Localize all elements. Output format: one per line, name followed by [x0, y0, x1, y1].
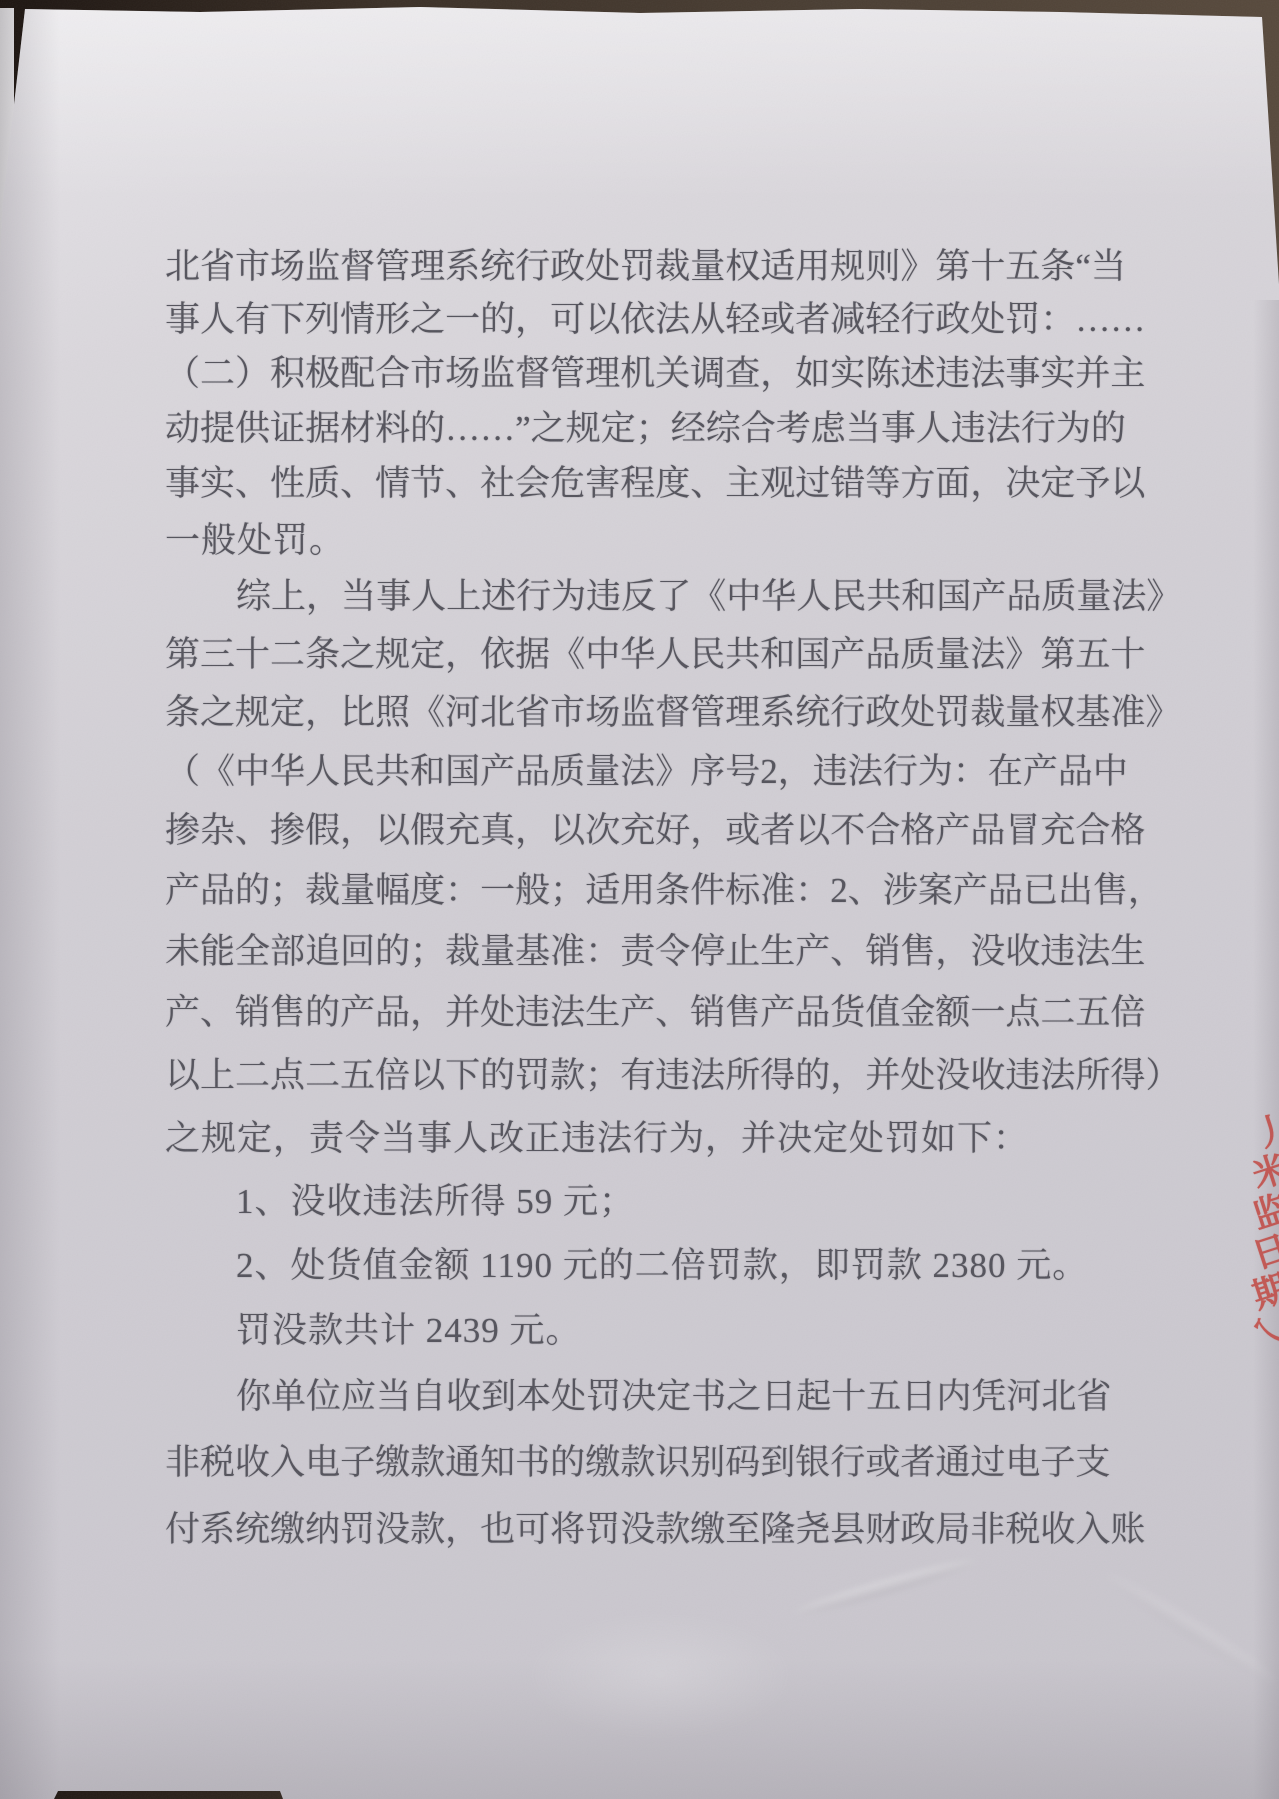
glyph: 产 [971, 569, 1006, 625]
glyph: 支 [1075, 1435, 1110, 1491]
glyph: 条 [1040, 239, 1075, 295]
glyph: 错 [830, 456, 865, 512]
glyph: 能 [200, 924, 235, 980]
glyph: 产 [830, 627, 865, 683]
glyph: 以 [585, 292, 620, 348]
glyph: 没 [935, 1048, 970, 1104]
glyph: 调 [690, 346, 725, 402]
glyph: 停 [690, 924, 725, 980]
glyph: 法 [1040, 1048, 1075, 1104]
glyph: ， [830, 1048, 865, 1104]
glyph: 关 [655, 346, 690, 402]
glyph: 产 [953, 863, 988, 919]
glyph: 合 [1075, 803, 1110, 859]
glyph: 市 [235, 239, 270, 295]
glyph: 不 [830, 803, 865, 859]
glyph: 会 [515, 456, 550, 512]
glyph: 法 [655, 292, 690, 348]
glyph: 质 [1041, 569, 1076, 625]
glyph: 行 [830, 685, 865, 741]
glyph: 的 [480, 292, 515, 348]
document-line: 第三十二条之规定，依据《中华人民共和国产品质量法》第五十 [165, 627, 1110, 683]
glyph: 罚 [620, 239, 655, 295]
glyph: 的 [375, 924, 410, 980]
glyph: ） [235, 346, 270, 402]
glyph: 人 [655, 627, 690, 683]
glyph: 国 [795, 627, 830, 683]
glyph: 收 [1040, 1502, 1075, 1558]
glyph: 管 [690, 685, 725, 741]
glyph: 裁 [655, 239, 690, 295]
glyph: 定 [656, 1369, 691, 1425]
glyph: 权 [1040, 685, 1075, 741]
glyph: 统 [795, 685, 830, 741]
glyph: 涉 [883, 863, 918, 919]
glyph: 质 [550, 744, 585, 800]
glyph: 未 [165, 924, 200, 980]
glyph: 述 [481, 569, 516, 625]
glyph: 华 [270, 744, 305, 800]
glyph: 动 [165, 401, 200, 457]
photo-of-document: 北省市场监督管理系统行政处罚裁量权适用规则》第十五条“当事人有下列情形之一的，可… [0, 0, 1279, 1799]
glyph: 共 [866, 569, 901, 625]
glyph: 将 [550, 1502, 585, 1558]
glyph: 纳 [305, 1502, 340, 1558]
glyph: 标 [725, 863, 760, 919]
glyph: 品 [200, 863, 235, 919]
document-line: 综上，当事人上述行为违反了《中华人民共和国产品质量法》 [165, 569, 1110, 625]
glyph: 为 [918, 744, 953, 800]
glyph: 料 [375, 401, 410, 457]
glyph: 定 [270, 685, 305, 741]
glyph: 予 [1075, 456, 1110, 512]
glyph: 品 [375, 985, 410, 1041]
glyph: 度 [655, 456, 690, 512]
glyph: 产 [795, 924, 830, 980]
glyph: 子 [1040, 1435, 1075, 1491]
glyph: 量 [690, 239, 725, 295]
glyph: 、 [445, 456, 480, 512]
glyph: ： [953, 744, 988, 800]
glyph: 国 [445, 744, 480, 800]
glyph: 内 [936, 1369, 971, 1425]
glyph: 冒 [1005, 803, 1040, 859]
document-line: （《中华人民共和国产品质量法》序号2，违法行为：在产品中 [165, 744, 1110, 800]
glyph: 额 [935, 985, 970, 1041]
glyph: 幅 [375, 863, 410, 919]
glyph: 质 [305, 456, 340, 512]
glyph: 点 [270, 1048, 305, 1104]
glyph: 法 [1075, 924, 1110, 980]
glyph: 的 [795, 1048, 830, 1104]
glyph: 子 [340, 1435, 375, 1491]
glyph: 别 [690, 1435, 725, 1491]
glyph: 的 [550, 1435, 585, 1491]
glyph: 事 [165, 456, 200, 512]
document-line: 之规定，责令当事人改正违法行为，并决定处罚如下： [165, 1111, 1110, 1167]
glyph: 节 [410, 456, 445, 512]
glyph: 2 [830, 863, 848, 919]
glyph: 事 [165, 292, 200, 348]
glyph: 罚 [585, 1502, 620, 1558]
glyph: 为 [551, 569, 586, 625]
glyph: 适 [760, 239, 795, 295]
glyph: 理 [410, 239, 445, 295]
paper-shadow-left [0, 0, 60, 1799]
glyph: 充 [445, 803, 480, 859]
glyph: 全 [235, 924, 270, 980]
glyph: 定 [1040, 456, 1075, 512]
glyph: ， [935, 924, 970, 980]
glyph: 上 [271, 569, 306, 625]
glyph: 第 [165, 627, 200, 683]
glyph: 五 [1005, 239, 1040, 295]
glyph: 准 [760, 863, 795, 919]
glyph: 日 [761, 1369, 796, 1425]
glyph: 违 [1005, 1048, 1040, 1104]
glyph: 条 [655, 863, 690, 919]
glyph: 真 [480, 803, 515, 859]
glyph: 得 [760, 1048, 795, 1104]
glyph: 知 [480, 1435, 515, 1491]
glyph: 违 [1040, 924, 1075, 980]
glyph: 提 [200, 401, 235, 457]
glyph: 观 [760, 456, 795, 512]
glyph: 货 [830, 985, 865, 1041]
glyph: ： [585, 924, 620, 980]
glyph: 处 [551, 1369, 586, 1425]
glyph: 款 [410, 1435, 445, 1491]
glyph: 行 [900, 292, 935, 348]
glyph: ， [760, 346, 795, 402]
glyph: 的 [1091, 401, 1126, 457]
glyph: 监 [305, 239, 340, 295]
glyph: ： [1040, 292, 1075, 348]
glyph: 财 [865, 1502, 900, 1558]
glyph: 法 [1111, 569, 1146, 625]
glyph: 量 [1076, 569, 1111, 625]
glyph: ， [515, 803, 550, 859]
glyph: ， [410, 985, 445, 1041]
glyph: 减 [830, 292, 865, 348]
glyph: 人 [305, 744, 340, 800]
glyph: 之 [200, 685, 235, 741]
glyph: 用 [620, 863, 655, 919]
paper-page: 北省市场监督管理系统行政处罚裁量权适用规则》第十五条“当事人有下列情形之一的，可… [0, 0, 1279, 1799]
glyph: 事 [881, 401, 916, 457]
glyph: 列 [305, 292, 340, 348]
glyph: 三 [200, 627, 235, 683]
glyph: 处 [480, 985, 515, 1041]
glyph: 二 [305, 1048, 340, 1104]
document-body-text: 北省市场监督管理系统行政处罚裁量权适用规则》第十五条“当事人有下列情形之一的，可… [165, 0, 1110, 1799]
glyph: 五 [340, 1048, 375, 1104]
glyph: 量 [935, 627, 970, 683]
glyph: 处 [900, 1048, 935, 1104]
glyph: 行 [883, 744, 918, 800]
glyph: 号 [725, 744, 760, 800]
glyph: 》 [1145, 685, 1180, 741]
glyph: 令 [655, 924, 690, 980]
glyph: 掺 [270, 803, 305, 859]
glyph: 监 [480, 346, 515, 402]
glyph: 考 [776, 401, 811, 457]
glyph: 值 [865, 985, 900, 1041]
glyph: 2 [760, 744, 778, 800]
glyph: 生 [1110, 924, 1145, 980]
glyph: 的 [235, 863, 270, 919]
glyph: 定 [601, 401, 636, 457]
glyph: 主 [725, 456, 760, 512]
glyph: 尧 [795, 1502, 830, 1558]
glyph: 品 [1058, 744, 1093, 800]
glyph: 政 [935, 292, 970, 348]
glyph: 销 [690, 985, 725, 1041]
glyph: 次 [585, 803, 620, 859]
glyph: 虑 [811, 401, 846, 457]
glyph: 一 [480, 863, 515, 919]
glyph: 准 [550, 924, 585, 980]
glyph: 充 [1040, 803, 1075, 859]
glyph: 量 [340, 863, 375, 919]
glyph: 产 [165, 985, 200, 1041]
glyph: 缴 [375, 1435, 410, 1491]
glyph: 之 [410, 292, 445, 348]
glyph: 好 [655, 803, 690, 859]
glyph: 省 [200, 239, 235, 295]
glyph: 裁 [305, 863, 340, 919]
glyph: 一 [970, 985, 1005, 1041]
glyph: 违 [586, 569, 621, 625]
glyph: 或 [760, 292, 795, 348]
glyph: 河 [1006, 1369, 1041, 1425]
document-line: 条之规定，比照《河北省市场监督管理系统行政处罚裁量权基准》 [165, 685, 1110, 741]
glyph: ， [305, 685, 340, 741]
glyph: 账 [1110, 1502, 1145, 1558]
glyph: 性 [270, 456, 305, 512]
glyph: 产 [935, 803, 970, 859]
glyph: ” [515, 401, 531, 457]
glyph: 的 [480, 1048, 515, 1104]
glyph: ； [410, 924, 445, 980]
glyph: 轻 [865, 292, 900, 348]
glyph: 售 [270, 985, 305, 1041]
glyph: 件 [690, 863, 725, 919]
glyph: 配 [340, 346, 375, 402]
document-line: 掺杂、掺假，以假充真，以次充好，或者以不合格产品冒充合格 [165, 803, 1110, 859]
glyph: 书 [515, 1435, 550, 1491]
glyph: 程 [620, 456, 655, 512]
glyph: 场 [445, 346, 480, 402]
glyph: 以 [165, 1048, 200, 1104]
glyph: 隆 [760, 1502, 795, 1558]
document-line: 事人有下列情形之一的，可以依法从轻或者减轻行政处罚：…… [165, 292, 1110, 348]
glyph: 和 [410, 744, 445, 800]
glyph: 收 [235, 1435, 270, 1491]
glyph: 基 [1075, 685, 1110, 741]
document-line: 非税收入电子缴款通知书的缴款识别码到银行或者通过电子支 [165, 1435, 1110, 1491]
glyph: 督 [515, 346, 550, 402]
glyph: 者 [900, 1435, 935, 1491]
glyph: 省 [515, 685, 550, 741]
glyph: 、 [340, 456, 375, 512]
glyph: 据 [305, 401, 340, 457]
glyph: 中 [585, 627, 620, 683]
document-line: 你单位应当自收到本处罚决定书之日起十五日内凭河北省 [165, 1369, 1110, 1425]
document-line: 产、销售的产品，并处违法生产、销售产品货值金额一点二五倍 [165, 985, 1110, 1041]
glyph: 量 [1005, 685, 1040, 741]
glyph: 证 [270, 401, 305, 457]
glyph: 有 [620, 1048, 655, 1104]
glyph: 书 [691, 1369, 726, 1425]
glyph: 非 [970, 1502, 1005, 1558]
glyph: 行 [516, 569, 551, 625]
glyph: 北 [165, 239, 200, 295]
glyph: 并 [865, 1048, 900, 1104]
glyph: 违 [935, 346, 970, 402]
glyph: 条 [165, 685, 200, 741]
glyph: 国 [936, 569, 971, 625]
glyph: 出 [1058, 863, 1093, 919]
glyph: 方 [900, 456, 935, 512]
glyph: 本 [516, 1369, 551, 1425]
glyph: 以 [410, 1048, 445, 1104]
glyph: 害 [585, 456, 620, 512]
glyph: 并 [445, 985, 480, 1041]
glyph: 如 [795, 346, 830, 402]
glyph: … [1075, 292, 1110, 348]
glyph: 格 [1110, 803, 1145, 859]
glyph: 下 [270, 292, 305, 348]
glyph: 识 [655, 1435, 690, 1491]
glyph: 所 [725, 1048, 760, 1104]
glyph: 规 [235, 685, 270, 741]
glyph: 五 [1075, 985, 1110, 1041]
glyph: ， [690, 803, 725, 859]
glyph: ， [445, 627, 480, 683]
glyph: 当 [341, 569, 376, 625]
document-line: 事实、性质、情节、社会危害程度、主观过错等方面，决定予以 [165, 456, 1110, 512]
glyph: ， [340, 803, 375, 859]
glyph: “ [1075, 239, 1091, 295]
glyph: 和 [760, 627, 795, 683]
glyph: 政 [900, 1502, 935, 1558]
glyph: 已 [1023, 863, 1058, 919]
glyph: 行 [515, 239, 550, 295]
glyph: 依 [620, 292, 655, 348]
glyph: 假 [410, 803, 445, 859]
glyph: 反 [621, 569, 656, 625]
glyph: 非 [165, 1435, 200, 1491]
glyph: 县 [830, 1502, 865, 1558]
glyph: 和 [901, 569, 936, 625]
glyph: 过 [970, 1435, 1005, 1491]
glyph: 实 [830, 346, 865, 402]
glyph: 督 [655, 685, 690, 741]
glyph: 极 [305, 346, 340, 402]
glyph: 量 [480, 924, 515, 980]
glyph: ； [270, 863, 305, 919]
glyph: 格 [900, 803, 935, 859]
glyph: 税 [200, 1435, 235, 1491]
glyph: 处 [585, 239, 620, 295]
glyph: 适 [585, 863, 620, 919]
glyph: 处 [900, 685, 935, 741]
glyph: ， [306, 569, 341, 625]
glyph: 材 [340, 401, 375, 457]
glyph: 政 [865, 685, 900, 741]
glyph: 局 [935, 1502, 970, 1558]
glyph: 十 [235, 627, 270, 683]
document-line: 一般处罚。 [165, 513, 1110, 569]
glyph: 生 [760, 924, 795, 980]
glyph: 基 [515, 924, 550, 980]
glyph: 的 [305, 985, 340, 1041]
glyph: 没 [375, 1502, 410, 1558]
glyph: 位 [306, 1369, 341, 1425]
glyph: 了 [656, 569, 691, 625]
glyph: 决 [1005, 456, 1040, 512]
glyph: 》 [655, 744, 690, 800]
glyph: 二 [270, 627, 305, 683]
glyph: 行 [1021, 401, 1056, 457]
glyph: 中 [235, 744, 270, 800]
glyph: 有 [235, 292, 270, 348]
glyph: 罚 [935, 685, 970, 741]
glyph: 政 [550, 239, 585, 295]
glyph: 、 [690, 456, 725, 512]
glyph: 通 [445, 1435, 480, 1491]
glyph: 生 [585, 985, 620, 1041]
glyph: 罚 [1005, 292, 1040, 348]
glyph: ： [795, 863, 830, 919]
glyph: 用 [795, 239, 830, 295]
glyph: 依 [480, 627, 515, 683]
glyph: 一 [445, 292, 480, 348]
glyph: 掺 [165, 803, 200, 859]
glyph: 入 [1075, 1502, 1110, 1558]
glyph: 从 [690, 292, 725, 348]
glyph: 收 [1005, 924, 1040, 980]
glyph: ， [515, 292, 550, 348]
document-line: 动提供证据材料的……”之规定；经综合考虑当事人违法行为的 [165, 401, 1110, 457]
glyph: 》 [900, 239, 935, 295]
glyph: 当 [1091, 239, 1126, 295]
paper-shadow-right [1253, 300, 1279, 1799]
glyph: 情 [375, 456, 410, 512]
glyph: 、 [655, 985, 690, 1041]
glyph: 回 [340, 924, 375, 980]
glyph: 理 [725, 685, 760, 741]
glyph: 五 [1075, 627, 1110, 683]
glyph: 管 [375, 239, 410, 295]
glyph: 权 [725, 239, 760, 295]
glyph: 点 [1005, 985, 1040, 1041]
glyph: 单 [271, 1369, 306, 1425]
glyph: 之 [531, 401, 566, 457]
glyph: 税 [1005, 1502, 1040, 1558]
glyph: 或 [865, 1435, 900, 1491]
glyph: 入 [270, 1435, 305, 1491]
glyph: 决 [621, 1369, 656, 1425]
glyph: 没 [620, 1502, 655, 1558]
glyph: 银 [795, 1435, 830, 1491]
glyph: 可 [550, 292, 585, 348]
glyph: 主 [1110, 346, 1145, 402]
glyph: 收 [446, 1369, 481, 1425]
glyph: 河 [445, 685, 480, 741]
glyph: ； [585, 1048, 620, 1104]
